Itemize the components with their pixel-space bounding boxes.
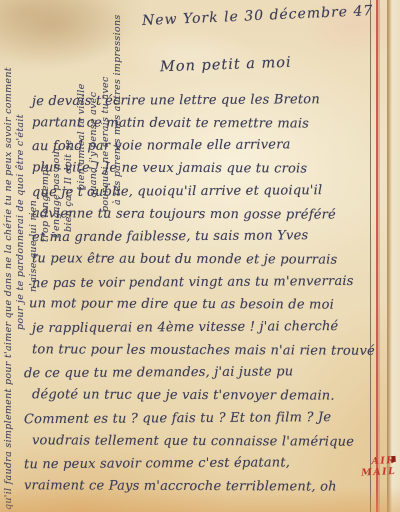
margin-note: n'aise que lui rien (28, 200, 39, 292)
airmail-stamp-line2: MAIL (352, 466, 397, 479)
body-line: tu ne peux savoir comme c'est épatant, (24, 452, 376, 477)
body-line: voudrais tellement que tu connaisse l'am… (24, 430, 376, 454)
body-line: tu peux être au bout du monde et je pour… (24, 248, 376, 272)
body-line: advienne tu sera toujours mon gosse préf… (24, 203, 376, 227)
margin-note: bien ça ! Il doit se (63, 139, 74, 232)
margin-note: t'engage pas pour (51, 146, 62, 238)
body-line: ton truc pour les moustaches mais n'ai r… (24, 339, 376, 363)
letter-salutation: Mon petit a moi (160, 55, 292, 76)
margin-note: quand j'y pense avec (88, 92, 99, 198)
margin-note: à tes parents mes autres impressions (112, 14, 123, 205)
margin-rule-red (376, 0, 378, 512)
paper-right-edge (387, 0, 400, 512)
body-line: je rappliquerai en 4ème vitesse ! j'ai c… (24, 316, 376, 341)
margin-note: bien amical ta vieille (76, 84, 87, 191)
body-line: dégoté un truc que je vais t'envoyer dem… (24, 384, 376, 408)
body-line: et ma grande faiblesse, tu sais mon Yves (24, 225, 376, 250)
body-line: vraiment ce Pays m'accroche terriblement… (24, 475, 376, 499)
letter-page: New York le 30 décembre 47 Mon petit a m… (0, 0, 400, 512)
paper-stain (0, 0, 130, 65)
body-line: de ce que tu me demandes, j'ai juste pu (24, 361, 376, 386)
margin-note: pourquoi ne serais tu avec (100, 76, 111, 212)
margin-note: trop longtemps (40, 164, 51, 242)
airmail-stamp: AIR MAIL (351, 455, 396, 479)
letter-dateline: New York le 30 décembre 47 (142, 3, 374, 29)
margin-note: qu'il faudra simplement pour t'aimer que… (3, 67, 14, 510)
body-line: un mot pour me dire que tu as besoin de … (24, 294, 376, 318)
body-line: ne pas te voir pendant vingt ans tu m'en… (24, 270, 376, 295)
stamp-mark (391, 456, 395, 462)
body-line: Comment es tu ? que fais tu ? Et ton fil… (24, 407, 376, 432)
margin-note: pour je te pardonnerai de quoi être c'ét… (15, 114, 26, 330)
